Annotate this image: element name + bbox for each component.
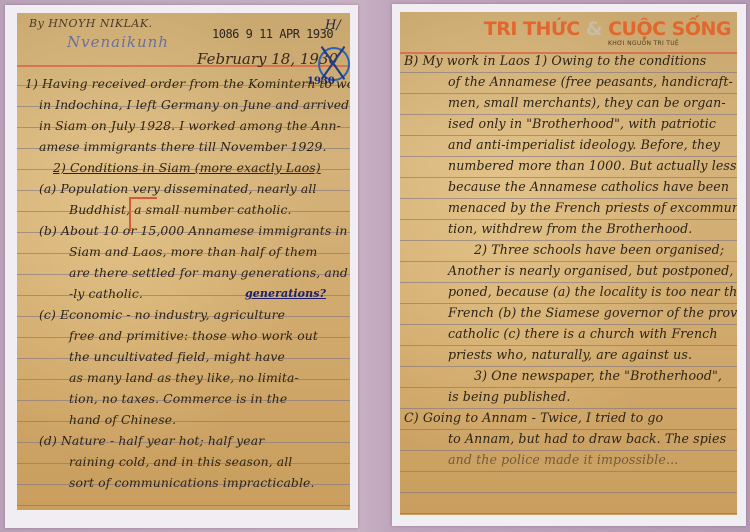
stamp-initials: H/: [325, 18, 341, 33]
text-line: and anti-imperialist ideology. Before, t…: [404, 134, 737, 155]
left-document-frame: By HNOYH NIKLAK. Nvenaikunh 1086 9 11 AP…: [5, 5, 358, 528]
text-line: in Siam on July 1928. I worked among the…: [25, 115, 350, 136]
text-line: catholic (c) there is a church with Fren…: [404, 323, 737, 344]
logo-ampersand: &: [586, 18, 602, 40]
logo-title: TRI THỨC & CUỘC SỐNG: [484, 18, 731, 40]
text-line: amese immigrants there till November 192…: [25, 136, 350, 157]
right-handwritten-page: TRI THỨC & CUỘC SỐNG KHƠI NGUỒN TRI TUỆ …: [400, 12, 737, 515]
text-line: Another is nearly organised, but postpon…: [404, 260, 737, 281]
signature: Nvenaikunh: [67, 33, 169, 51]
text-line: (a) Population very disseminated, nearly…: [25, 178, 350, 199]
text-fragment: are there settled for many generations, …: [69, 265, 348, 280]
author-line: By HNOYH NIKLAK.: [29, 17, 153, 30]
text-line: sort of communications impracticable.: [25, 472, 350, 493]
left-handwritten-page: By HNOYH NIKLAK. Nvenaikunh 1086 9 11 AP…: [17, 13, 350, 510]
text-line: French (b) the Siamese governor of the p…: [404, 302, 737, 323]
text-line: tion, withdrew from the Brotherhood.: [404, 218, 737, 239]
right-document-frame: TRI THỨC & CUỘC SỐNG KHƠI NGUỒN TRI TUỆ …: [392, 4, 746, 526]
text-line: 1) Having received order from the Komint…: [25, 73, 350, 94]
text-line: is being published.: [404, 386, 737, 407]
logo-title-part2: CUỘC SỐNG: [608, 18, 731, 40]
text-line: Siam and Laos, more than half of them: [25, 241, 350, 262]
text-line: menaced by the French priests of excommu…: [404, 197, 737, 218]
section-heading: C) Going to Annam - Twice, I tried to go: [404, 407, 737, 428]
text-line: Buddhist, a small number catholic.: [25, 199, 350, 220]
section-heading: 2) Conditions in Siam (more exactly Laos…: [25, 157, 350, 178]
text-line-faded: and the police made it impossible...: [404, 449, 737, 470]
text-line: raining cold, and in this season, all: [25, 451, 350, 472]
text-line: (c) Economic - no industry, agriculture: [25, 304, 350, 325]
text-line: ised only in "Brotherhood", with patriot…: [404, 113, 737, 134]
right-page-body: B) My work in Laos 1) Owing to the condi…: [400, 50, 737, 470]
archive-stamp: 1086 9 11 APR 1930: [212, 27, 333, 41]
text-line: 3) One newspaper, the "Brotherhood",: [404, 365, 737, 386]
letter-date: February 18, 1930: [197, 50, 338, 68]
text-line: as many land as they like, no limita-: [25, 367, 350, 388]
text-line: in Indochina, I left Germany on June and…: [25, 94, 350, 115]
text-line: poned, because (a) the locality is too n…: [404, 281, 737, 302]
text-line: 2) Three schools have been organised;: [404, 239, 737, 260]
text-line: (b) About 10 or 15,000 Annamese immigran…: [25, 220, 350, 241]
logo-tagline: KHƠI NGUỒN TRI TUỆ: [484, 40, 679, 47]
section-heading: B) My work in Laos 1) Owing to the condi…: [404, 50, 737, 71]
text-line: free and primitive: those who work out: [25, 325, 350, 346]
text-line: are there settled for many generations, …: [25, 262, 350, 283]
text-line: to Annam, but had to draw back. The spie…: [404, 428, 737, 449]
text-line: because the Annamese catholics have been: [404, 176, 737, 197]
text-line: hand of Chinese.: [25, 409, 350, 430]
text-line: men, small merchants), they can be organ…: [404, 92, 737, 113]
text-line: of the Annamese (free peasants, handicra…: [404, 71, 737, 92]
text-line: tion, no taxes. Commerce is in the: [25, 388, 350, 409]
logo-title-part1: TRI THỨC: [484, 18, 580, 40]
text-line: the uncultivated field, might have: [25, 346, 350, 367]
text-line: priests who, naturally, are against us.: [404, 344, 737, 365]
watermark-logo: TRI THỨC & CUỘC SỐNG KHƠI NGUỒN TRI TUỆ: [484, 18, 731, 47]
inserted-correction: generations?: [245, 283, 350, 304]
text-line: numbered more than 1000. But actually le…: [404, 155, 737, 176]
text-line: (d) Nature - half year hot; half year: [25, 430, 350, 451]
